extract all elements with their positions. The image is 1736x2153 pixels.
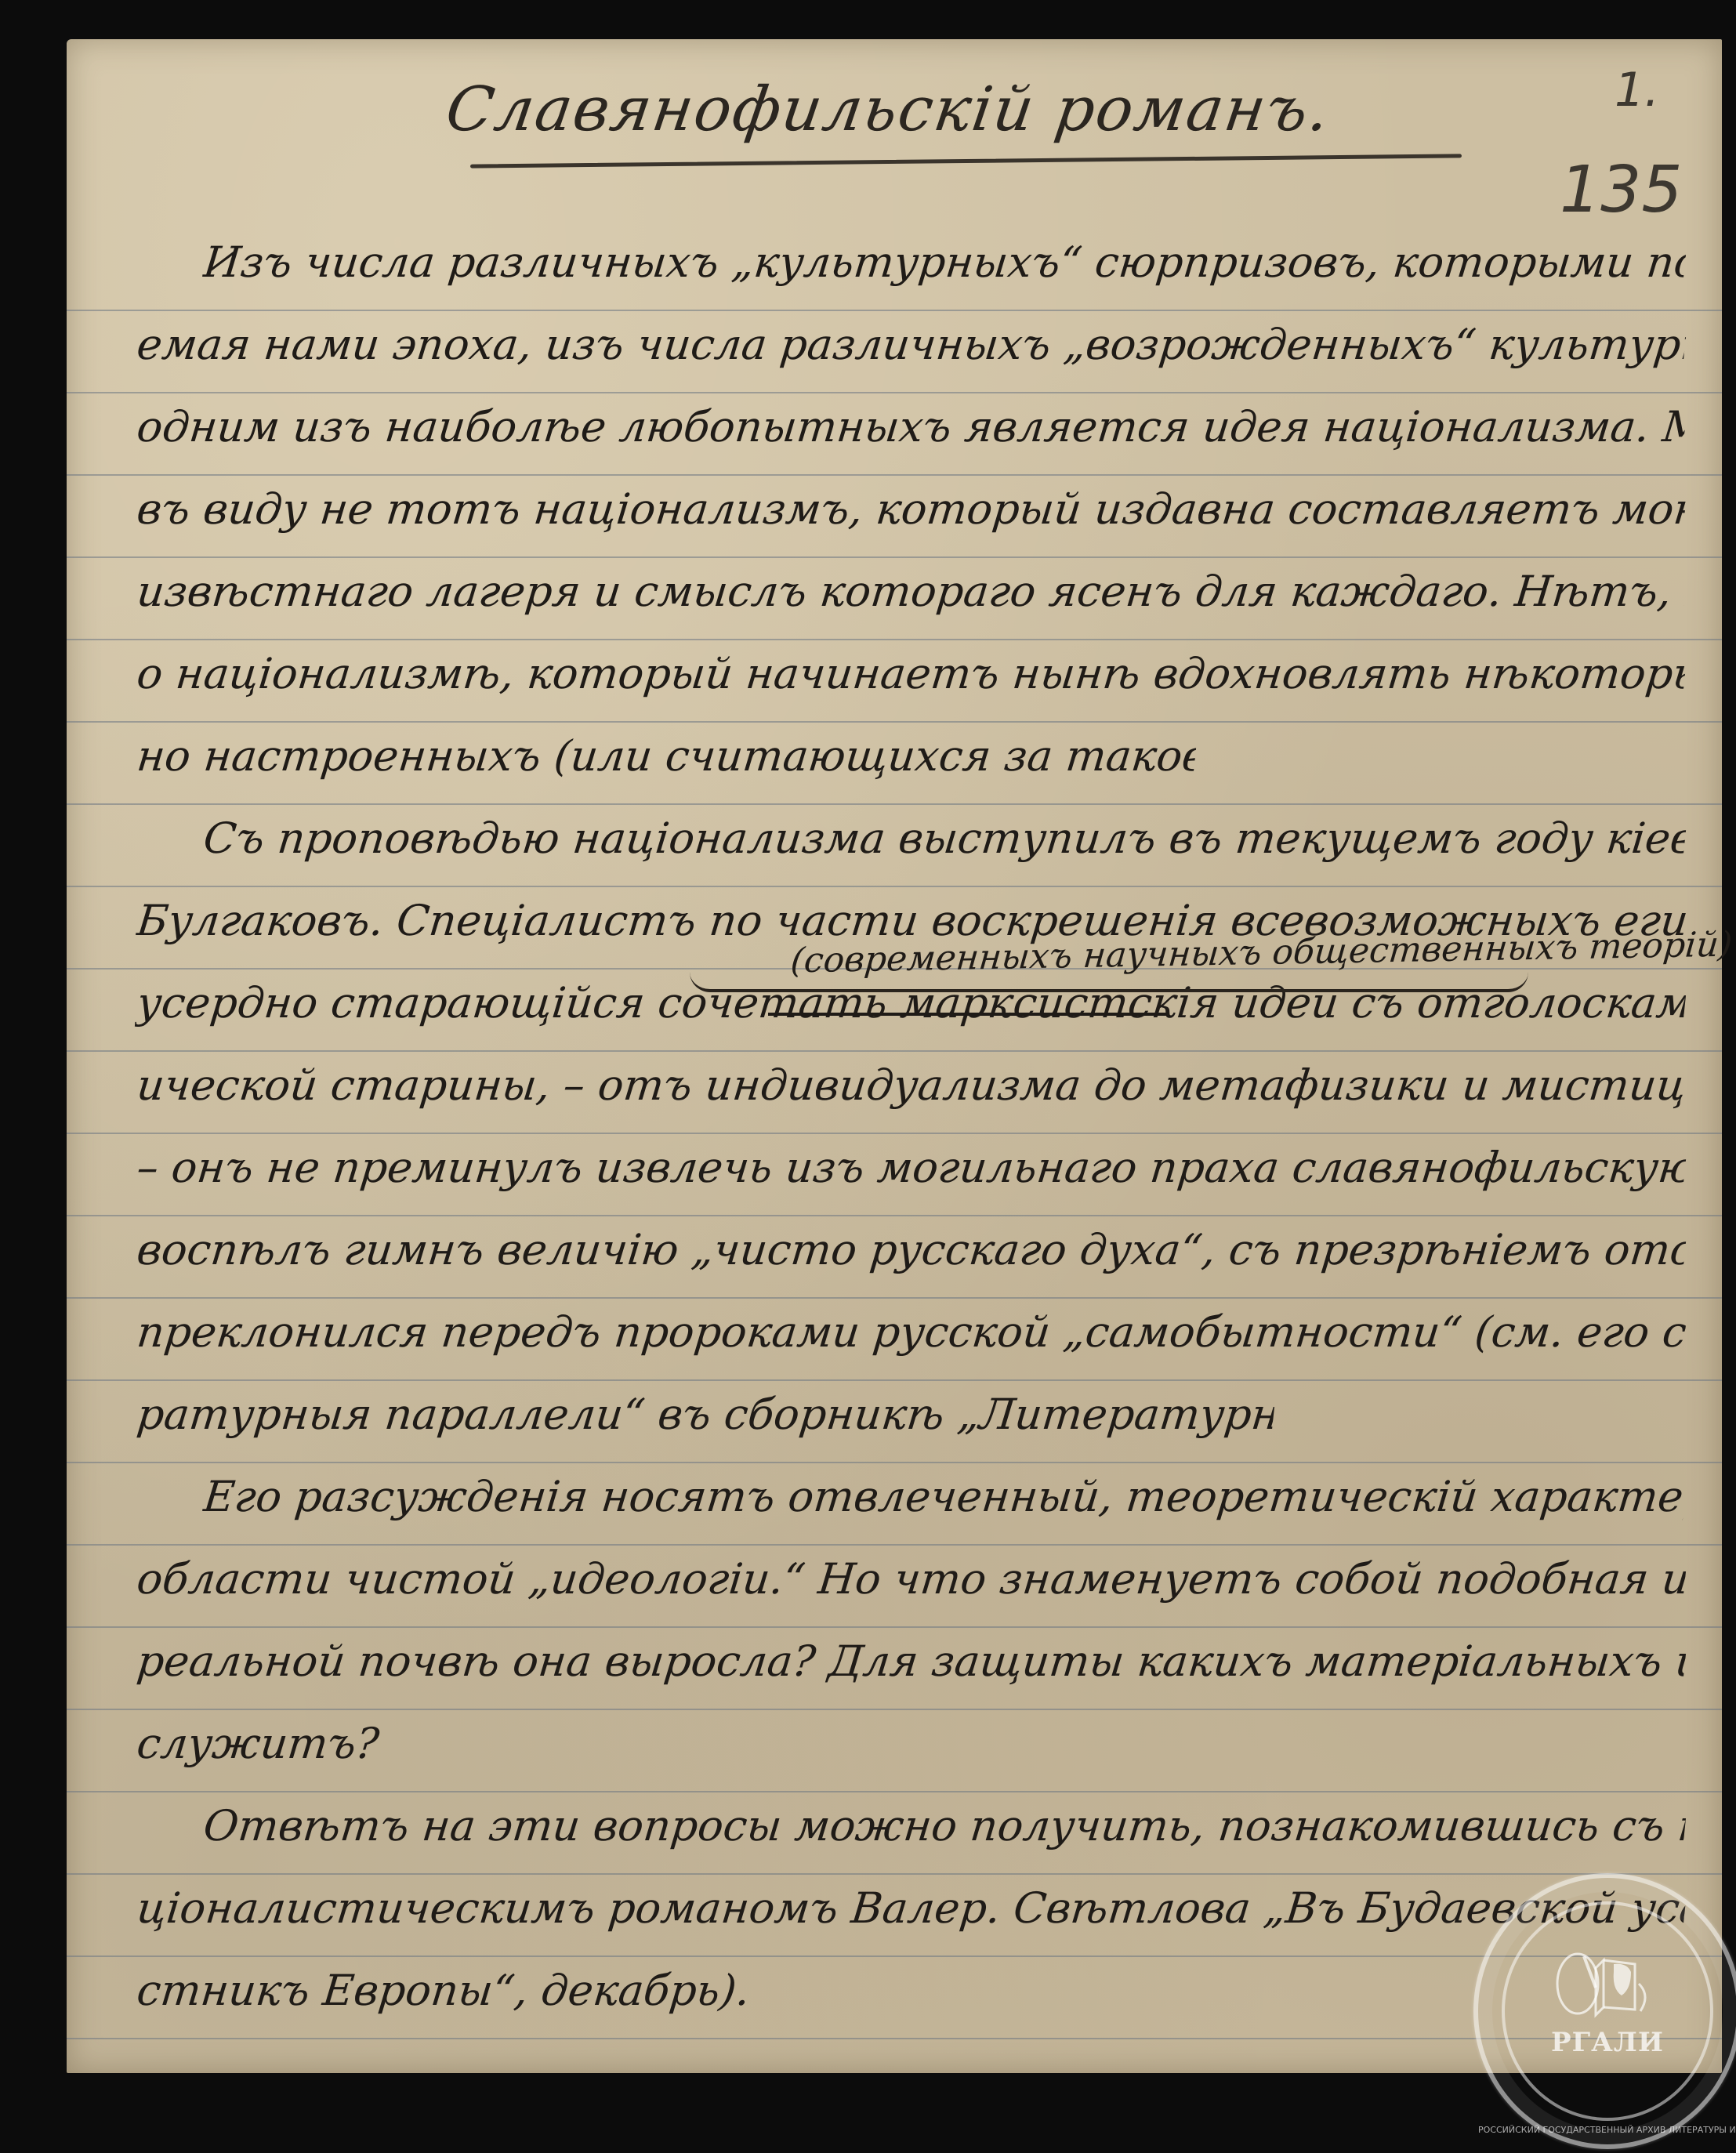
rule-line <box>67 1626 1722 1628</box>
text-line: емая нами эпоха, изъ числа различныхъ „в… <box>134 317 1687 372</box>
archive-stamp: РГАЛИ РОССИЙСКИЙ ГОСУДАРСТВЕННЫЙ АРХИВ Л… <box>1473 1873 1736 2149</box>
rule-line <box>67 1379 1722 1381</box>
strikethrough-mark <box>768 1013 1168 1016</box>
text-line: Изъ числа различныхъ „культурныхъ“ сюрпр… <box>201 235 1687 290</box>
rule-line <box>67 1791 1722 1792</box>
text-line: въ виду не тотъ націонализмъ, который из… <box>134 482 1687 537</box>
folio-mark-sheet: 1. <box>1615 63 1659 118</box>
rule-line <box>67 2038 1722 2039</box>
stamp-center-label: РГАЛИ <box>1478 2027 1736 2058</box>
rule-line <box>67 1544 1722 1546</box>
text-line: Отвѣтъ на эти вопросы можно получить, по… <box>201 1799 1687 1854</box>
palette-book-mask-icon <box>1553 1941 1654 2019</box>
rule-line <box>67 1709 1722 1710</box>
rule-line <box>67 1462 1722 1463</box>
text-line: о націонализмѣ, который начинаетъ нынѣ в… <box>134 647 1687 701</box>
insertion-brace <box>690 972 1528 992</box>
rule-line <box>67 1050 1722 1052</box>
stamp-ring-text: РОССИЙСКИЙ ГОСУДАРСТВЕННЫЙ АРХИВ ЛИТЕРАТ… <box>1478 2125 1736 2135</box>
rule-line <box>67 1133 1722 1134</box>
text-line: извѣстнаго лагеря и смыслъ котораго ясен… <box>134 564 1687 619</box>
rule-line <box>67 886 1722 887</box>
rule-line <box>67 1955 1722 1957</box>
text-line: стникъ Европы“, декабрь). <box>134 1963 845 2018</box>
rule-line <box>67 1297 1722 1299</box>
rule-line <box>67 803 1722 805</box>
rule-line <box>67 310 1722 311</box>
text-line: – онъ не преминулъ извлечь изъ могильнаг… <box>134 1140 1687 1195</box>
text-line: служитъ? <box>134 1716 453 1771</box>
manuscript-title: Славянофильскій романъ. <box>442 74 1336 145</box>
folio-mark-page: 135 <box>1560 153 1683 227</box>
text-line: но настроенныхъ (или считающихся за тако… <box>134 729 1198 784</box>
rule-line <box>67 721 1722 723</box>
text-line: ціоналистическимъ романомъ Валер. Свѣтло… <box>134 1881 1687 1936</box>
text-line: одним изъ наиболѣе любопытныхъ является … <box>134 400 1687 455</box>
text-line: ической старины, – отъ индивидуализма до… <box>134 1058 1687 1113</box>
text-line: преклонился передъ пророками русской „са… <box>134 1305 1687 1360</box>
rule-line <box>67 474 1722 476</box>
text-line: реальной почвѣ она выросла? Для защиты к… <box>134 1634 1687 1689</box>
rule-line <box>67 556 1722 558</box>
text-line: Его разсужденія носятъ отвлеченный, теор… <box>201 1470 1687 1524</box>
rule-line <box>67 1215 1722 1216</box>
text-line: Съ проповѣдью націонализма выступилъ въ … <box>201 811 1687 866</box>
text-line: воспѣлъ гимнъ величію „чисто русскаго ду… <box>134 1223 1687 1278</box>
rule-line <box>67 1873 1722 1875</box>
rule-line <box>67 392 1722 393</box>
text-line: ратурныя параллели“ въ сборникѣ „Литерат… <box>134 1387 1276 1442</box>
rule-line <box>67 639 1722 640</box>
text-line: области чистой „идеологіи.“ Но что знаме… <box>134 1552 1687 1607</box>
